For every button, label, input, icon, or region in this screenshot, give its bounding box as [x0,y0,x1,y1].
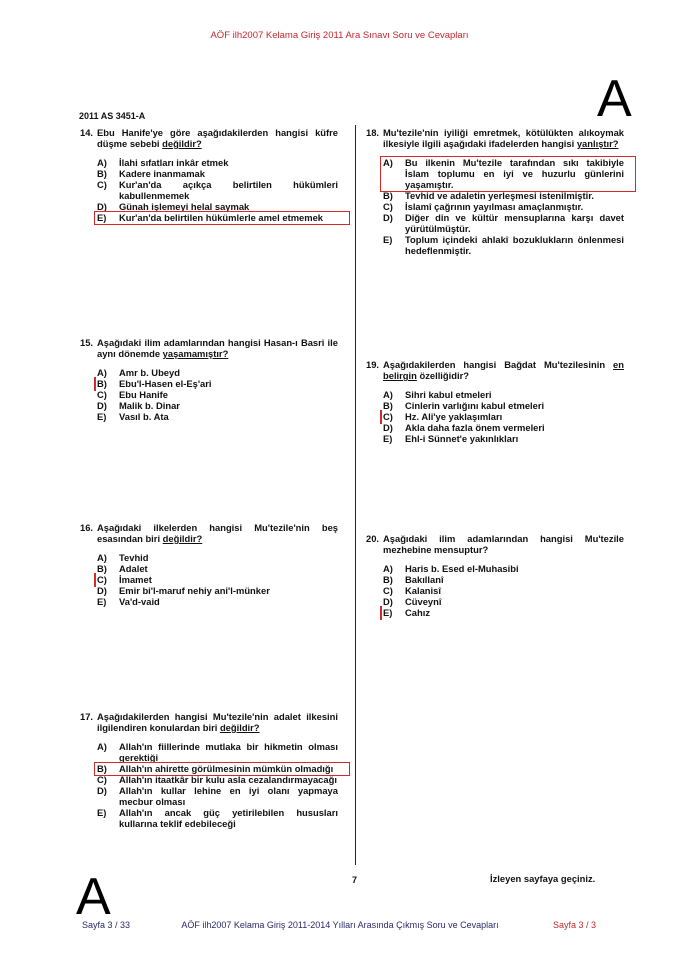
question-16: 16. Aşağıdaki ilkelerden hangisi Mu'tezi… [80,522,338,607]
option-d: D)Akla daha fazla önem vermeleri [383,422,624,433]
option-e: E)Ehl-i Sünnet'e yakınlıkları [383,433,624,444]
question-14: 14. Ebu Hanife'ye göre aşağıdakilerden h… [80,127,338,223]
question-number: 15. [80,337,97,359]
question-number: 16. [80,522,97,544]
question-15: 15. Aşağıdaki ilim adamlarından hangisi … [80,337,338,422]
option-e-marked-answer: E)Cahız [383,607,445,618]
option-b: B)Adalet [97,563,338,574]
question-text: Aşağıdaki ilim adamlarından hangisi Mu't… [383,533,624,555]
option-e: E)Va'd-vaid [97,596,338,607]
footer-document-title: AÖF ilh2007 Kelama Giriş 2011-2014 Yılla… [160,920,520,930]
question-18: 18. Mu'tezile'nin iyiliği emretmek, kötü… [366,127,624,256]
column-divider [355,125,356,865]
option-c-marked-answer: C)Hz. Ali'ye yaklaşımları [383,411,529,422]
exam-code: 2011 AS 3451-A [79,111,145,121]
option-a-marked-answer: A)Bu ilkenin Mu'tezile tarafından sıkı t… [383,157,624,190]
option-a: A)Tevhid [97,552,338,563]
question-text: Mu'tezile'nin iyiliği emretmek, kötülükt… [383,127,624,149]
option-c: C)Allah'ın itaatkâr bir kulu asla cezala… [97,774,338,785]
option-c-marked-answer: C)İmamet [97,574,165,585]
option-b: B)Kadere inanmamak [97,168,338,179]
option-e-marked-answer: E)Kur'an'da belirtilen hükümlerle amel e… [97,212,338,223]
option-d: D)Diğer din ve kültür mensuplarına karşı… [383,212,624,234]
option-b-marked-answer: B)Ebu'l-Hasen el-Eş'ari [97,378,229,389]
question-number: 17. [80,711,97,733]
option-d: D)Allah'ın kullar lehine en iyi olanı ya… [97,785,338,807]
option-a: A)Haris b. Esed el-Muhasibi [383,563,624,574]
option-c: C)Kalanisî [383,585,624,596]
question-text: Aşağıdaki ilkelerden hangisi Mu'tezile'n… [97,522,338,544]
booklet-letter-top: A [597,73,632,125]
option-d: D)Malik b. Dinar [97,400,338,411]
option-a: A)Sihri kabul etmeleri [383,389,624,400]
footer-page-counter: Sayfa 3 / 33 [82,920,130,930]
option-d: D)Emir bi'l-maruf nehiy ani'l-münker [97,585,338,596]
option-e: E)Allah'ın ancak güç yetirilebilen husus… [97,807,338,829]
option-d: D)Günah işlemeyi helal saymak [97,201,338,212]
booklet-letter-bottom: A [76,871,111,923]
question-number: 20. [366,533,383,555]
option-c: C)İslamî çağrının yayılması amaçlanmıştı… [383,201,624,212]
option-d: D)Cüveynî [383,596,624,607]
question-text: Aşağıdakilerden hangisi Mu'tezile'nin ad… [97,711,338,733]
question-19: 19. Aşağıdakilerden hangisi Bağdat Mu'te… [366,359,624,444]
question-text: Ebu Hanife'ye göre aşağıdakilerden hangi… [97,127,338,149]
option-c: C)Ebu Hanife [97,389,338,400]
option-b: B)Bakıllanî [383,574,624,585]
next-page-note: İzleyen sayfaya geçiniz. [490,873,595,884]
option-e: E)Vasıl b. Ata [97,411,338,422]
document-title: AÖF ilh2007 Kelama Giriş 2011 Ara Sınavı… [0,30,679,41]
option-a: A)Allah'ın fiillerinde mutlaka bir hikme… [97,741,338,763]
option-b-marked-answer: B)Allah'ın ahirette görülmesinin mümkün … [97,763,338,774]
question-17: 17. Aşağıdakilerden hangisi Mu'tezile'ni… [80,711,338,829]
question-number: 14. [80,127,97,149]
footer-page-of-total: Sayfa 3 / 3 [553,920,596,930]
question-20: 20. Aşağıdaki ilim adamlarından hangisi … [366,533,624,618]
question-text: Aşağıdakilerden hangisi Bağdat Mu'tezile… [383,359,624,381]
page-number: 7 [352,875,357,885]
option-c: C)Kur'an'da açıkça belirtilen hükümleri … [97,179,338,201]
option-e: E)Toplum içindeki ahlakî bozuklukların ö… [383,234,624,256]
option-a: A)İlahi sıfatları inkâr etmek [97,157,338,168]
option-a: A)Amr b. Ubeyd [97,367,338,378]
question-text: Aşağıdaki ilim adamlarından hangisi Hasa… [97,337,338,359]
option-b: B)Tevhid ve adaletin yerleşmesi istenilm… [383,190,624,201]
question-number: 18. [366,127,383,149]
question-number: 19. [366,359,383,381]
option-b: B)Cinlerin varlığını kabul etmeleri [383,400,624,411]
